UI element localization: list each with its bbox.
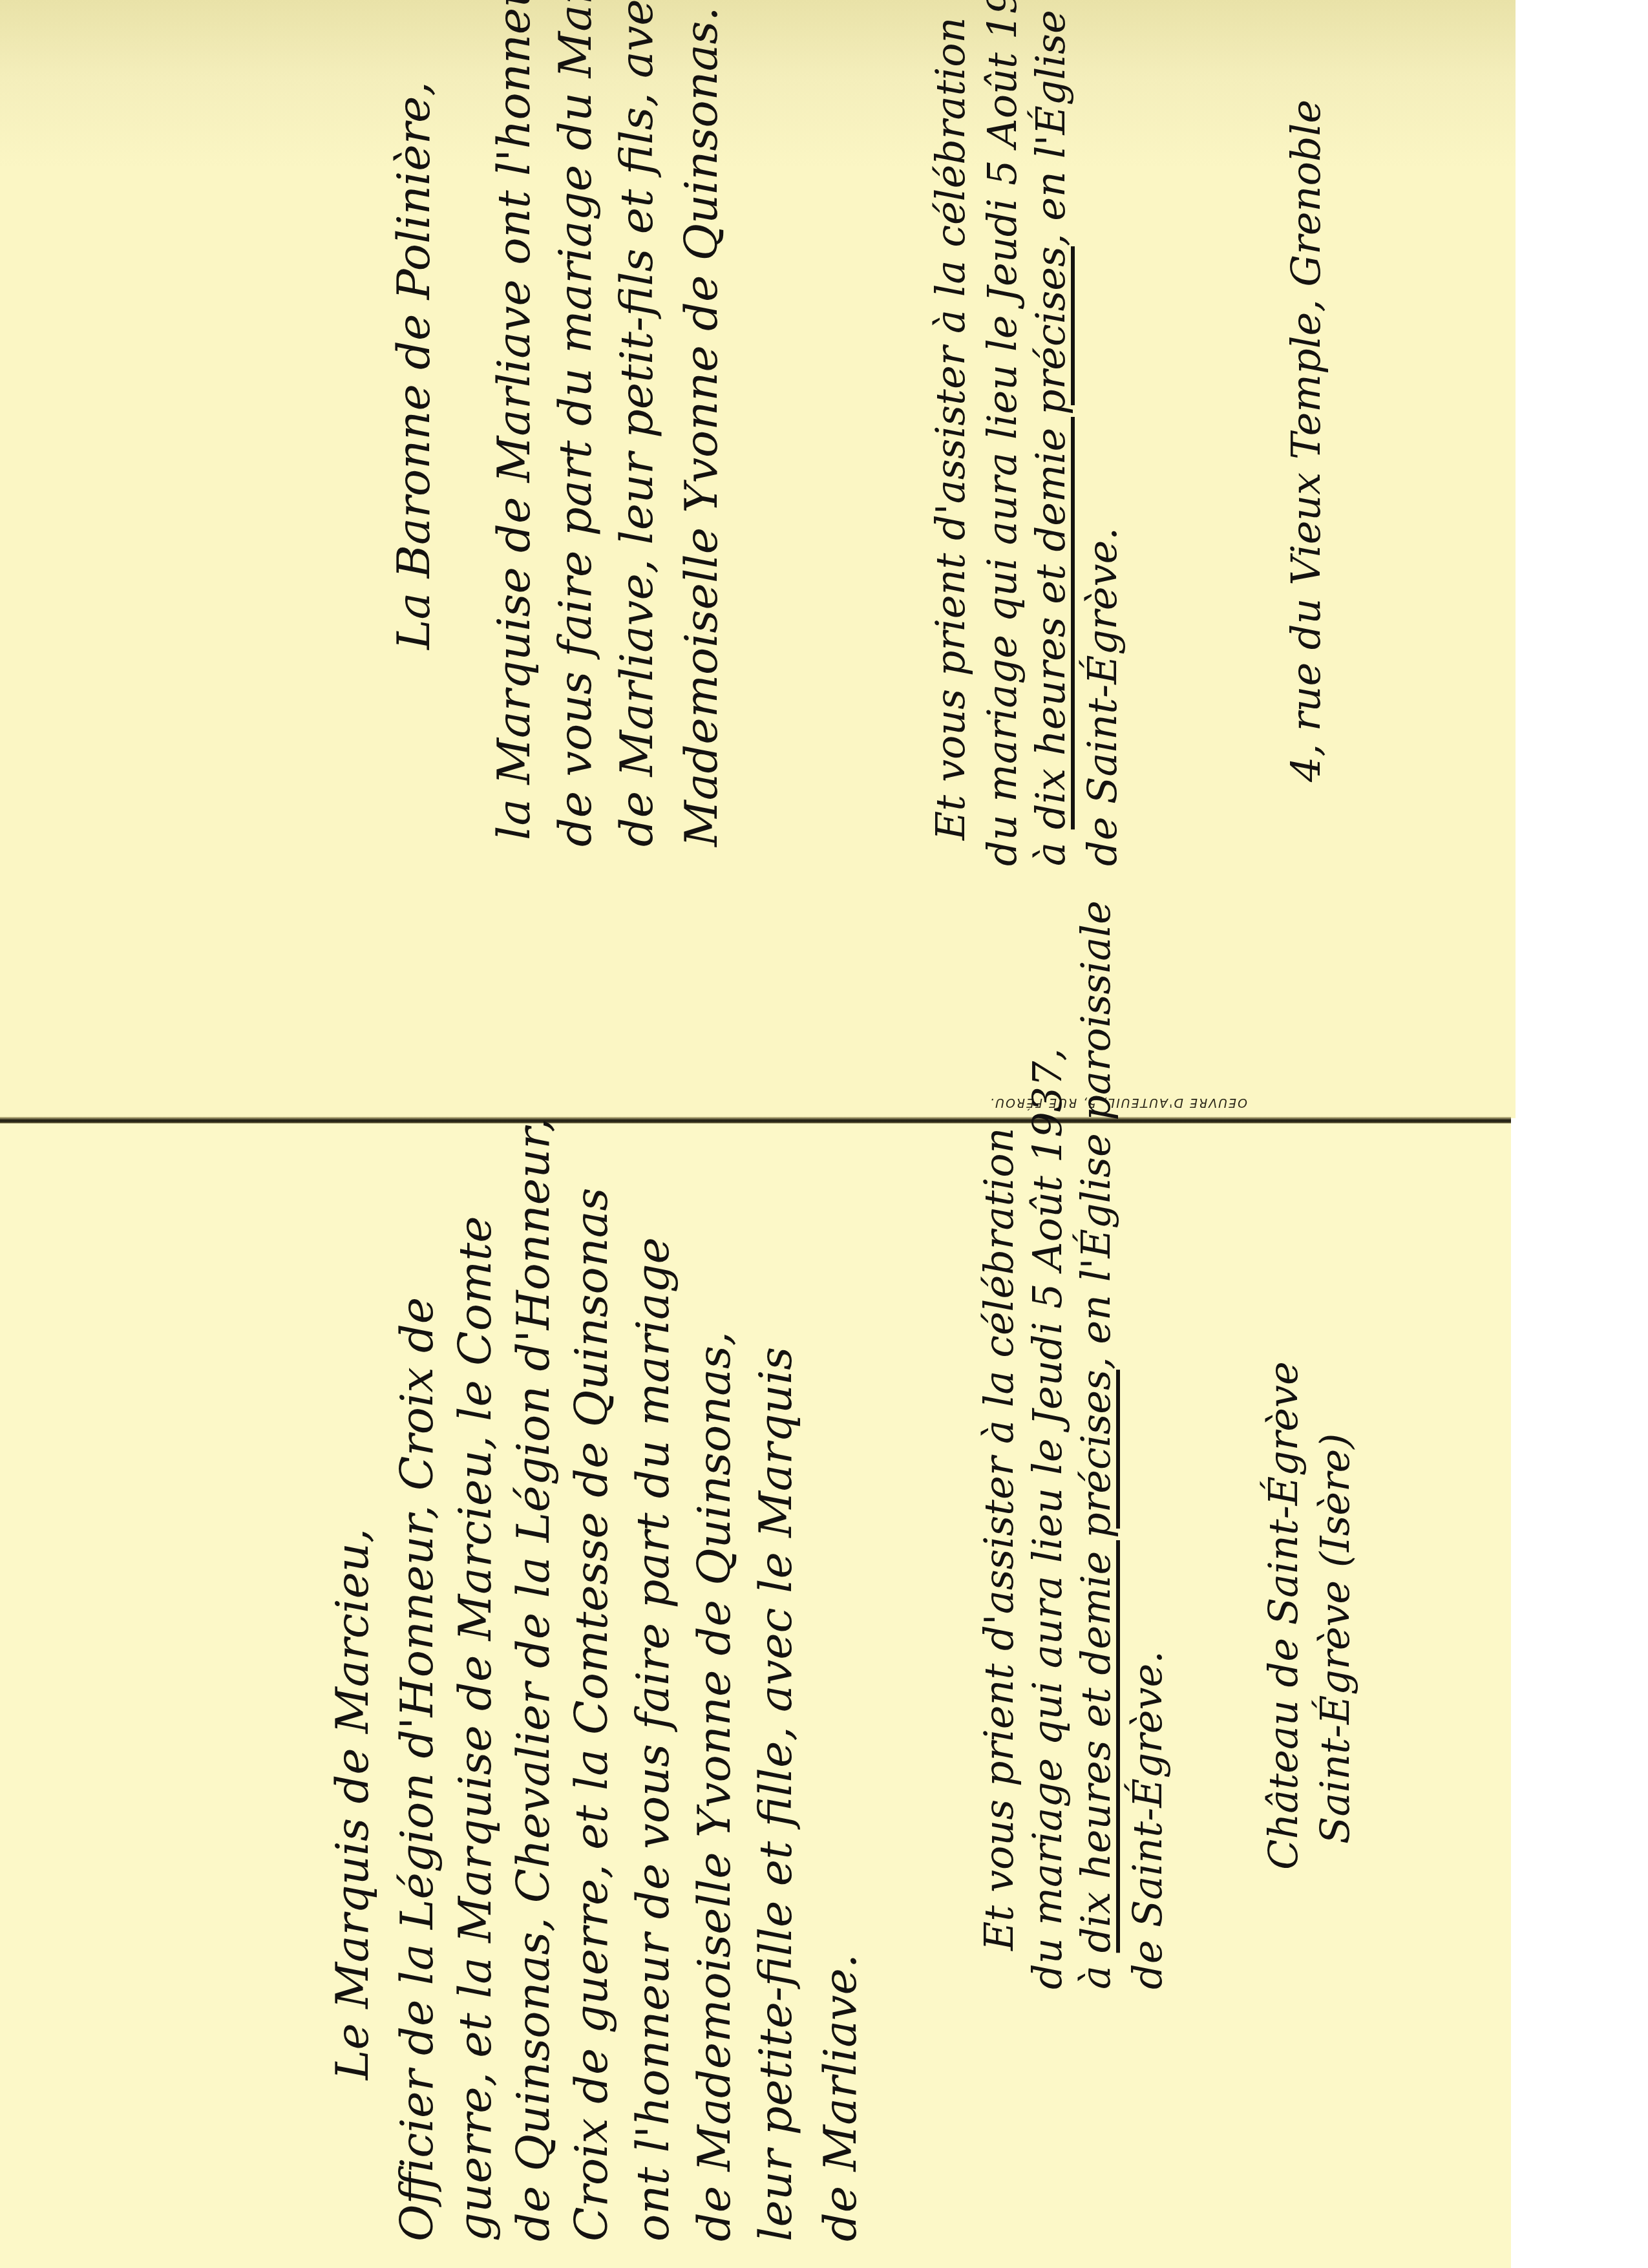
- announcement-line: de Marliave, leur petit-fils et fils, av…: [614, 0, 659, 847]
- announcement-line: de Mademoiselle Yvonne de Quinsonas,: [692, 1331, 737, 2242]
- announcement-line: Croix de guerre, et la Comtesse de Quins…: [569, 1187, 614, 2242]
- announcement-line: guerre, et la Marquise de Marcieu, le Co…: [452, 1216, 498, 2242]
- invitation-line: de Saint-Égrève.: [1083, 527, 1123, 866]
- underlined-time: dix heures et demie précises: [1072, 1370, 1119, 1953]
- sender-address: 4, rue du Vieux Temple, Grenoble: [1286, 100, 1326, 782]
- sender-address-line: Saint-Égrève (Isère): [1315, 1434, 1355, 1844]
- invitation-line: de Saint-Égrève.: [1128, 1651, 1168, 1989]
- sender-address-line: Château de Saint-Égrève: [1263, 1361, 1304, 1870]
- announcement-line: de Quinsonas, Chevalier de la Légion d'H…: [511, 1118, 556, 2242]
- invitation-line: du mariage qui aura lieu le Jeudi 5 Août…: [1028, 1048, 1068, 1989]
- underlined-time: dix heures et demie précises: [1027, 246, 1074, 829]
- announcement-card-bottom: Le Marquis de Marcieu, Officier de la Lé…: [0, 1123, 1511, 2268]
- announcement-line: leur petite-fille et fille, avec le Marq…: [753, 1347, 798, 2242]
- announcement-line: Le Marquis de Marcieu,: [330, 1529, 375, 2080]
- announcement-line: la Marquise de Marliave ont l'honneur: [491, 0, 536, 840]
- invitation-line: Et vous prient d'assister à la célébrati…: [979, 1128, 1019, 1951]
- announcement-line: Mademoiselle Yvonne de Quinsonas.: [679, 6, 724, 847]
- announcement-line: La Baronne de Polinière,: [391, 81, 436, 650]
- invitation-line: à dix heures et demie précises, en l'Égl…: [1031, 0, 1071, 866]
- invitation-line: du mariage qui aura lieu le Jeudi 5 Août…: [982, 0, 1022, 866]
- announcement-line: de vous faire part du mariage du Marquis: [553, 0, 598, 847]
- announcement-line: ont l'honneur de vous faire part du mari…: [630, 1237, 675, 2242]
- announcement-card-top: La Baronne de Polinière, la Marquise de …: [0, 0, 1516, 1118]
- announcement-line: de Marliave.: [818, 1954, 863, 2242]
- invitation-line: à dix heures et demie précises, en l'Égl…: [1076, 900, 1116, 1989]
- announcement-line: Officier de la Légion d'Honneur, Croix d…: [394, 1297, 439, 2242]
- invitation-line: Et vous prient d'assister à la célébrati…: [931, 17, 971, 840]
